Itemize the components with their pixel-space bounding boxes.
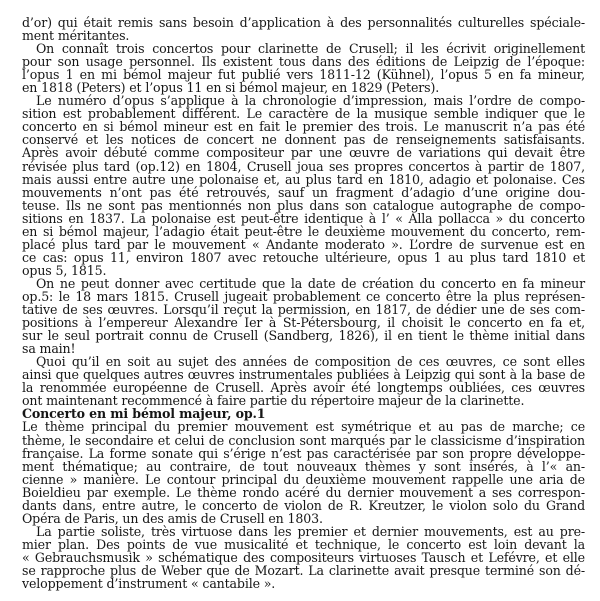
text-line: mouvements n’ont pas été retrouvés, sauf… — [22, 186, 585, 199]
text-line: sur le seul portrait connu de Crusell (S… — [22, 329, 585, 342]
paragraph: d’or) qui était remis sans besoin d’appl… — [22, 16, 585, 42]
paragraph: Le thème principal du premier mouvement … — [22, 420, 585, 524]
text-line: française. La forme sonate qui s’érige n… — [22, 447, 585, 460]
text-line: veloppement d’instrument « cantabile ». — [22, 577, 585, 590]
text-line: ce cas: opus 11, environ 1807 avec retou… — [22, 251, 585, 264]
text-line: mais aussi entre autre une polonaise et,… — [22, 173, 585, 186]
paragraph: Le numéro d’opus s’applique à la chronol… — [22, 94, 585, 277]
text-line: thème, le secondaire et celui de conclus… — [22, 434, 585, 447]
text-line: Le thème principal du premier mouvement … — [22, 420, 585, 433]
text-line: ment thématique; au contraire, de tout n… — [22, 460, 585, 473]
document-page: d’or) qui était remis sans besoin d’appl… — [22, 16, 585, 590]
text-line: en si bémol majeur, l’adagio était peut-… — [22, 225, 585, 238]
text-line: teuse. Ils ne sont pas mentionnés non pl… — [22, 199, 585, 212]
paragraph: Quoi qu’il en soit au sujet des années d… — [22, 355, 585, 407]
text-line: Après avoir débuté comme compositeur par… — [22, 146, 585, 159]
text-line: « Gebrauchsmusik » schématique des compo… — [22, 551, 585, 564]
paragraph: On connaît trois concertos pour clarinet… — [22, 42, 585, 94]
text-line: opus 5, 1815. — [22, 264, 585, 277]
paragraph: On ne peut donner avec certitude que la … — [22, 277, 585, 355]
text-line: Boieldieu par exemple. Le thème rondo ac… — [22, 486, 585, 499]
text-line: dants dans, entre autre, le concerto de … — [22, 499, 585, 512]
text-line: Opéra de Paris, un des amis de Crusell e… — [22, 512, 585, 525]
text-line: révisée plus tard (op.12) en 1804, Cruse… — [22, 160, 585, 173]
text-line: placé plus tard par le mouvement « Andan… — [22, 238, 585, 251]
text-line: La partie soliste, très virtuose dans le… — [22, 525, 585, 538]
text-line: sitions en 1837. La polonaise est peut-ê… — [22, 212, 585, 225]
text-line: mier plan. Des points de vue musicalité … — [22, 538, 585, 551]
text-line: cienne » manière. Le contour principal d… — [22, 473, 585, 486]
paragraph: La partie soliste, très virtuose dans le… — [22, 525, 585, 590]
